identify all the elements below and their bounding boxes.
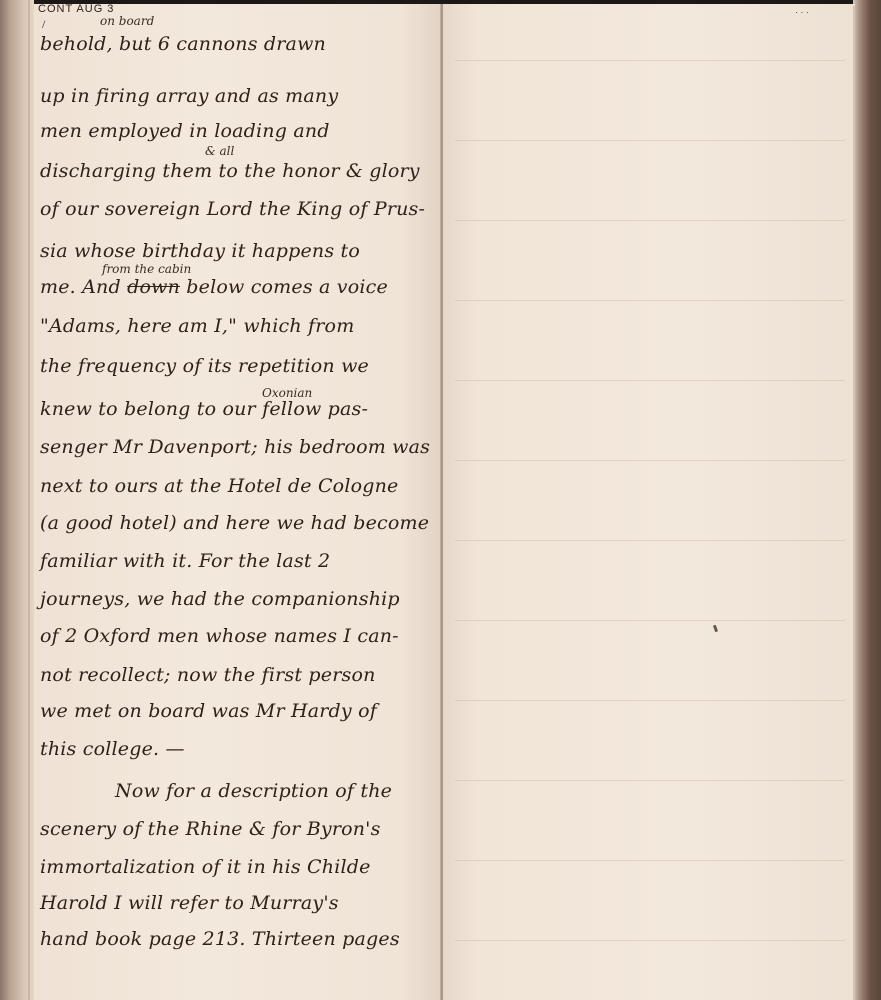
faint-rule: [455, 540, 845, 541]
left-page: [34, 4, 441, 1000]
faint-rule: [455, 380, 845, 381]
manuscript-line-14: familiar with it. For the last 2: [40, 550, 435, 572]
manuscript-line-2: up in firing array and as many: [40, 85, 435, 107]
manuscript-line-5: of our sovereign Lord the King of Prus-: [40, 198, 435, 220]
manuscript-line-8: "Adams, here am I," which from: [40, 315, 435, 337]
faint-rule: [455, 860, 845, 861]
insertion-and-all: & all: [205, 144, 234, 158]
manuscript-line-20: Now for a description of the: [115, 780, 435, 802]
manuscript-line-11: senger Mr Davenport; his bedroom was: [40, 436, 435, 458]
manuscript-line-22: immortalization of it in his Childe: [40, 856, 435, 878]
manuscript-line-6: sia whose birthday it happens to: [40, 240, 435, 262]
faint-rule: [455, 220, 845, 221]
faint-rule: [455, 780, 845, 781]
manuscript-line-9: the frequency of its repetition we: [40, 355, 435, 377]
manuscript-line-17: not recollect; now the first person: [40, 664, 435, 686]
faint-rule: [455, 700, 845, 701]
manuscript-line-4: discharging them to the honor & glory: [40, 160, 435, 182]
manuscript-line-18: we met on board was Mr Hardy of: [40, 700, 435, 722]
faint-rule: [455, 460, 845, 461]
faint-rule: [455, 300, 845, 301]
struck-word: down: [127, 276, 180, 298]
faint-rule: [455, 620, 845, 621]
manuscript-line-23: Harold I will refer to Murray's: [40, 892, 435, 914]
manuscript-line-19: this college. —: [40, 738, 435, 760]
manuscript-line-12: next to ours at the Hotel de Cologne: [40, 475, 435, 497]
header-mark: /: [42, 17, 45, 32]
line-7-rest: below comes a voice: [186, 276, 388, 298]
faint-rule: [455, 940, 845, 941]
manuscript-line-1: behold, but 6 cannons drawn: [40, 33, 435, 55]
right-page: [443, 4, 855, 1000]
faint-rule: [455, 140, 845, 141]
manuscript-line-7: me. And down below comes a voice: [40, 276, 435, 298]
manuscript-line-21: scenery of the Rhine & for Byron's: [40, 818, 435, 840]
faint-rule: [455, 60, 845, 61]
line-7-start: me. And: [40, 276, 121, 298]
top-marks: · · ·: [795, 7, 809, 17]
left-book-edge: [0, 0, 34, 1000]
right-book-cover: [853, 0, 881, 1000]
manuscript-line-10: knew to belong to our fellow pas-: [40, 398, 435, 420]
manuscript-line-13: (a good hotel) and here we had become: [40, 512, 435, 534]
manuscript-line-3: men employed in loading and: [40, 120, 435, 142]
insertion-on-board: on board: [100, 14, 154, 28]
manuscript-line-15: journeys, we had the companionship: [40, 588, 435, 610]
manuscript-line-24: hand book page 213. Thirteen pages: [40, 928, 435, 950]
insertion-from-the-cabin: from the cabin: [102, 262, 191, 276]
manuscript-line-16: of 2 Oxford men whose names I can-: [40, 625, 435, 647]
right-page-edge: [853, 6, 855, 1000]
